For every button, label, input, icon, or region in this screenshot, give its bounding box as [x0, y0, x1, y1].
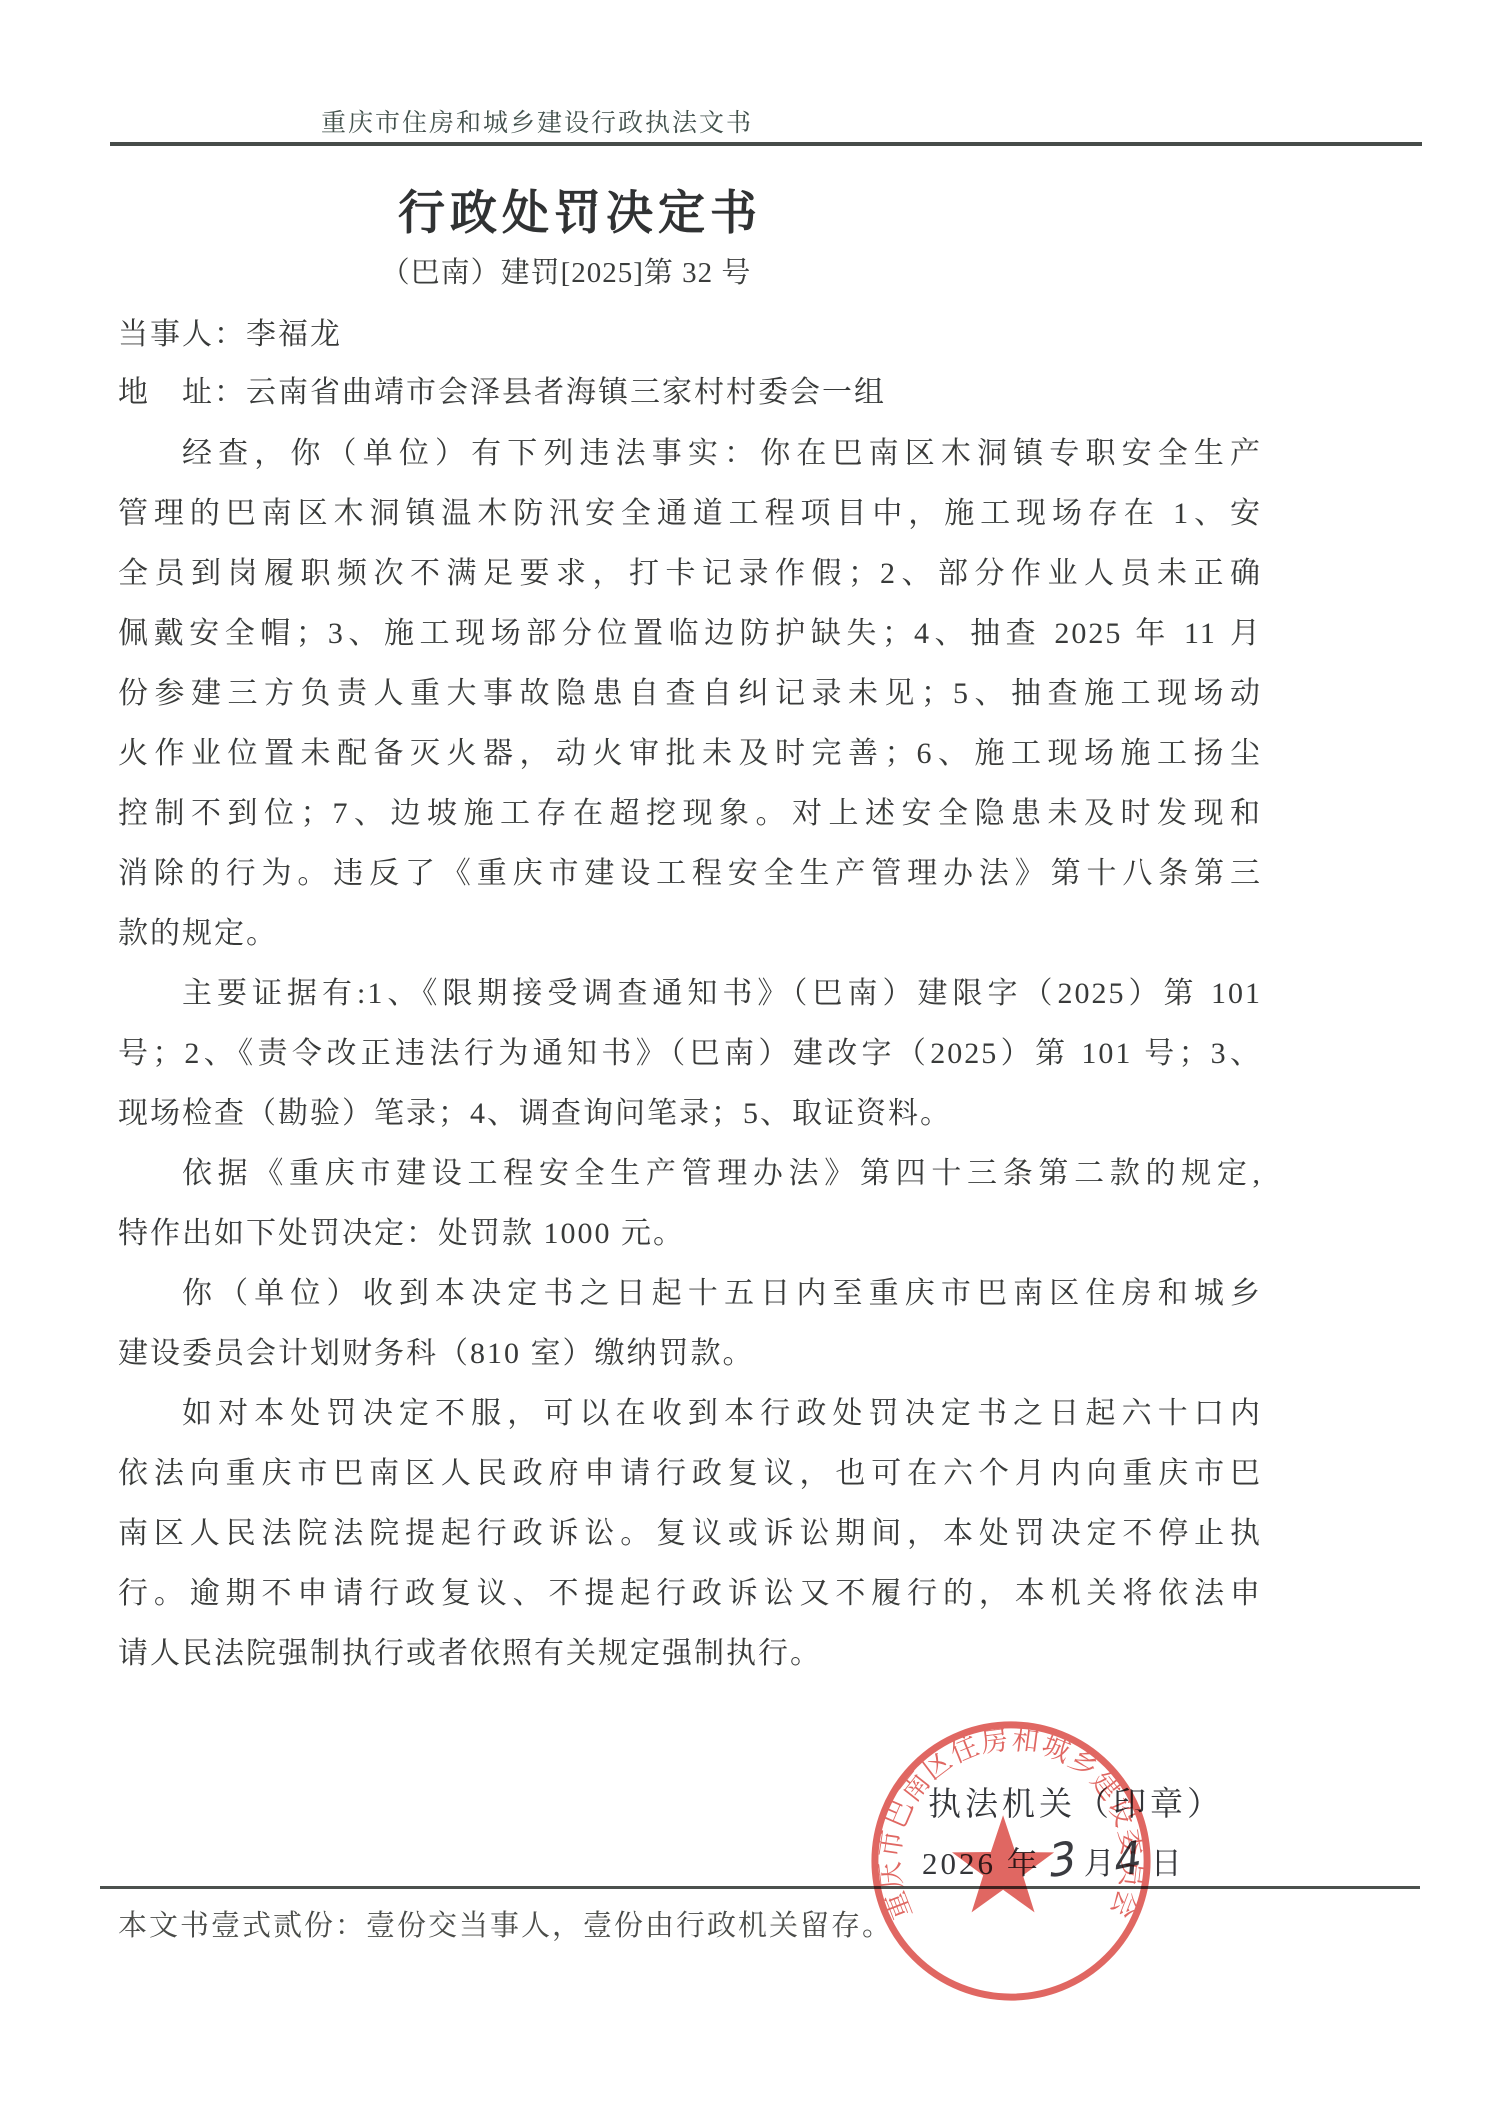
party-label: 地 址： — [118, 376, 246, 409]
body-line: 佩戴安全帽；3、施工现场部分位置临边防护缺失；4、抽查 2025 年 11 月 — [118, 604, 1262, 664]
body-line: 如对本处罚决定不服，可以在收到本行政处罚决定书之日起六十口内 — [118, 1384, 1262, 1444]
body-line: 号；2、《责令改正违法行为通知书》（巴南）建改字（2025）第 101 号；3、 — [118, 1024, 1262, 1084]
body-line: 行。逾期不申请行政复议、不提起行政诉讼又不履行的，本机关将依法申 — [118, 1564, 1262, 1624]
letterhead: 重庆市住房和城乡建设行政执法文书 — [321, 103, 753, 139]
body-line: 依据《重庆市建设工程安全生产管理办法》第四十三条第二款的规定, — [118, 1144, 1262, 1204]
body-line: 管理的巴南区木洞镇温木防汛安全通道工程项目中，施工现场存在 1、安 — [118, 484, 1262, 544]
body-line: 请人民法院强制执行或者依照有关规定强制执行。 — [118, 1624, 1262, 1684]
party-value: 云南省曲靖市会泽县者海镇三家村村委会一组 — [246, 376, 886, 409]
document-number: （巴南）建罚[2025]第 32 号 — [381, 250, 752, 291]
body-line: 全员到岗履职频次不满足要求，打卡记录作假；2、部分作业人员未正确 — [118, 544, 1262, 604]
party-block: 当事人：李福龙地 址：云南省曲靖市会泽县者海镇三家村村委会一组 — [118, 306, 1262, 422]
body-line: 份参建三方负责人重大事故隐患自查自纠记录未见；5、抽查施工现场动 — [118, 664, 1262, 724]
footer-note: 本文书壹式贰份：壹份交当事人，壹份由行政机关留存。 — [118, 1903, 893, 1944]
body-line: 控制不到位；7、边坡施工存在超挖现象。对上述安全隐患未及时发现和 — [118, 784, 1262, 844]
party-label: 当事人： — [118, 318, 246, 351]
body-line: 特作出如下处罚决定：处罚款 1000 元。 — [118, 1204, 1262, 1264]
party-line: 地 址：云南省曲靖市会泽县者海镇三家村村委会一组 — [118, 364, 1262, 422]
official-seal: 重庆市巴南区住房和城乡建设委员会 — [862, 1712, 1160, 2010]
header-rule — [110, 142, 1422, 146]
seal-star — [952, 1815, 1054, 1912]
body-line: 主要证据有:1、《限期接受调查通知书》（巴南）建限字（2025）第 101 — [118, 964, 1262, 1024]
document-page: 重庆市住房和城乡建设行政执法文书 行政处罚决定书 （巴南）建罚[2025]第 3… — [0, 0, 1488, 2104]
body-text: 经查，你（单位）有下列违法事实：你在巴南区木洞镇专职安全生产管理的巴南区木洞镇温… — [118, 424, 1262, 1684]
page-title: 行政处罚决定书 — [398, 176, 762, 243]
party-line: 当事人：李福龙 — [118, 306, 1262, 364]
footer-rule — [100, 1886, 1420, 1889]
party-value: 李福龙 — [246, 318, 342, 351]
body-line: 消除的行为。违反了《重庆市建设工程安全生产管理办法》第十八条第三 — [118, 844, 1262, 904]
body-line: 现场检查（勘验）笔录；4、调查询问笔录；5、取证资料。 — [118, 1084, 1262, 1144]
body-line: 经查，你（单位）有下列违法事实：你在巴南区木洞镇专职安全生产 — [118, 424, 1262, 484]
body-line: 款的规定。 — [118, 904, 1262, 964]
body-line: 你（单位）收到本决定书之日起十五日内至重庆市巴南区住房和城乡 — [118, 1264, 1262, 1324]
body-line: 南区人民法院法院提起行政诉讼。复议或诉讼期间，本处罚决定不停止执 — [118, 1504, 1262, 1564]
body-line: 火作业位置未配备灭火器，动火审批未及时完善；6、施工现场施工扬尘 — [118, 724, 1262, 784]
body-line: 建设委员会计划财务科（810 室）缴纳罚款。 — [118, 1324, 1262, 1384]
body-line: 依法向重庆市巴南区人民政府申请行政复议，也可在六个月内向重庆市巴 — [118, 1444, 1262, 1504]
